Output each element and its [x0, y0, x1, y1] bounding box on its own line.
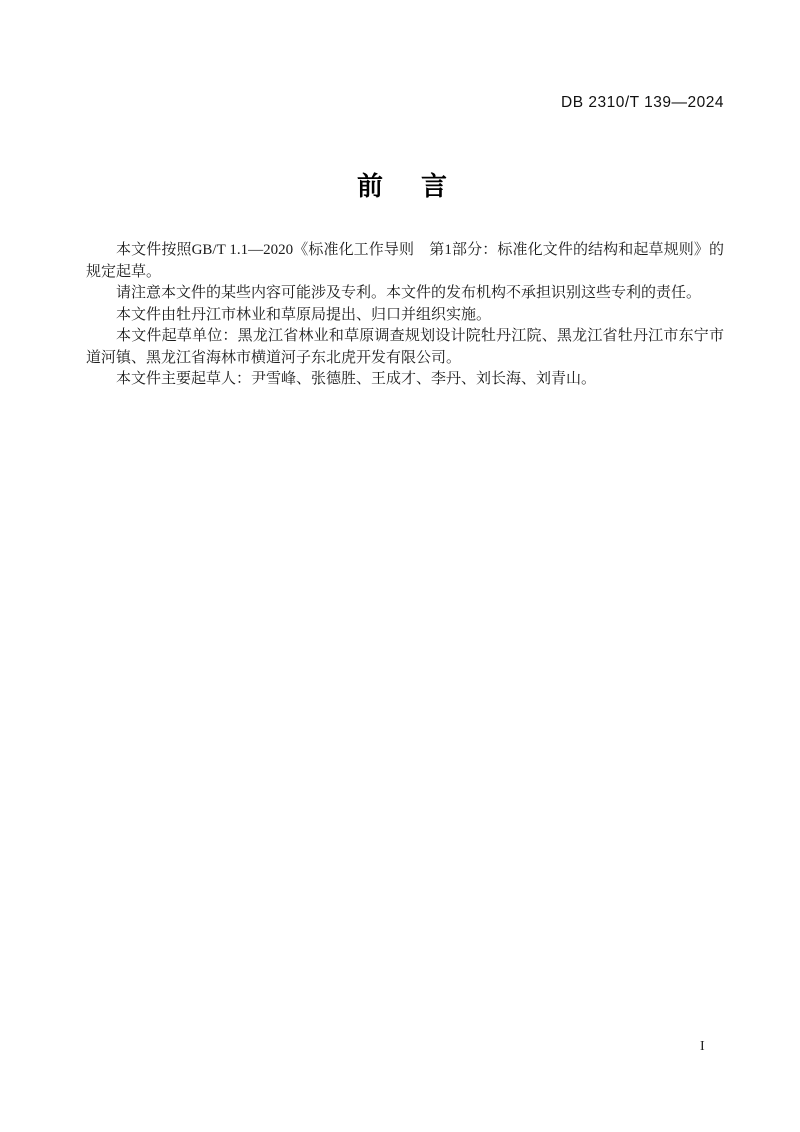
- paragraph-patent-notice: 请注意本文件的某些内容可能涉及专利。本文件的发布机构不承担识别这些专利的责任。: [86, 283, 724, 305]
- page-number: I: [700, 1039, 705, 1055]
- paragraph-drafting-rules: 本文件按照GB/T 1.1—2020《标准化工作导则 第1部分：标准化文件的结构…: [86, 240, 724, 283]
- standard-code: DB 2310/T 139—2024: [561, 94, 724, 112]
- paragraph-drafting-organizations: 本文件起草单位：黑龙江省林业和草原调查规划设计院牡丹江院、黑龙江省牡丹江市东宁市…: [86, 326, 724, 369]
- paragraph-main-drafters: 本文件主要起草人：尹雪峰、张德胜、王成才、李丹、刘长海、刘青山。: [86, 369, 724, 391]
- document-page: DB 2310/T 139—2024 前 言 本文件按照GB/T 1.1—202…: [0, 0, 800, 1132]
- foreword-body: 本文件按照GB/T 1.1—2020《标准化工作导则 第1部分：标准化文件的结构…: [86, 240, 724, 391]
- page-title: 前 言: [86, 169, 724, 203]
- paragraph-proposing-org: 本文件由牡丹江市林业和草原局提出、归口并组织实施。: [86, 305, 724, 327]
